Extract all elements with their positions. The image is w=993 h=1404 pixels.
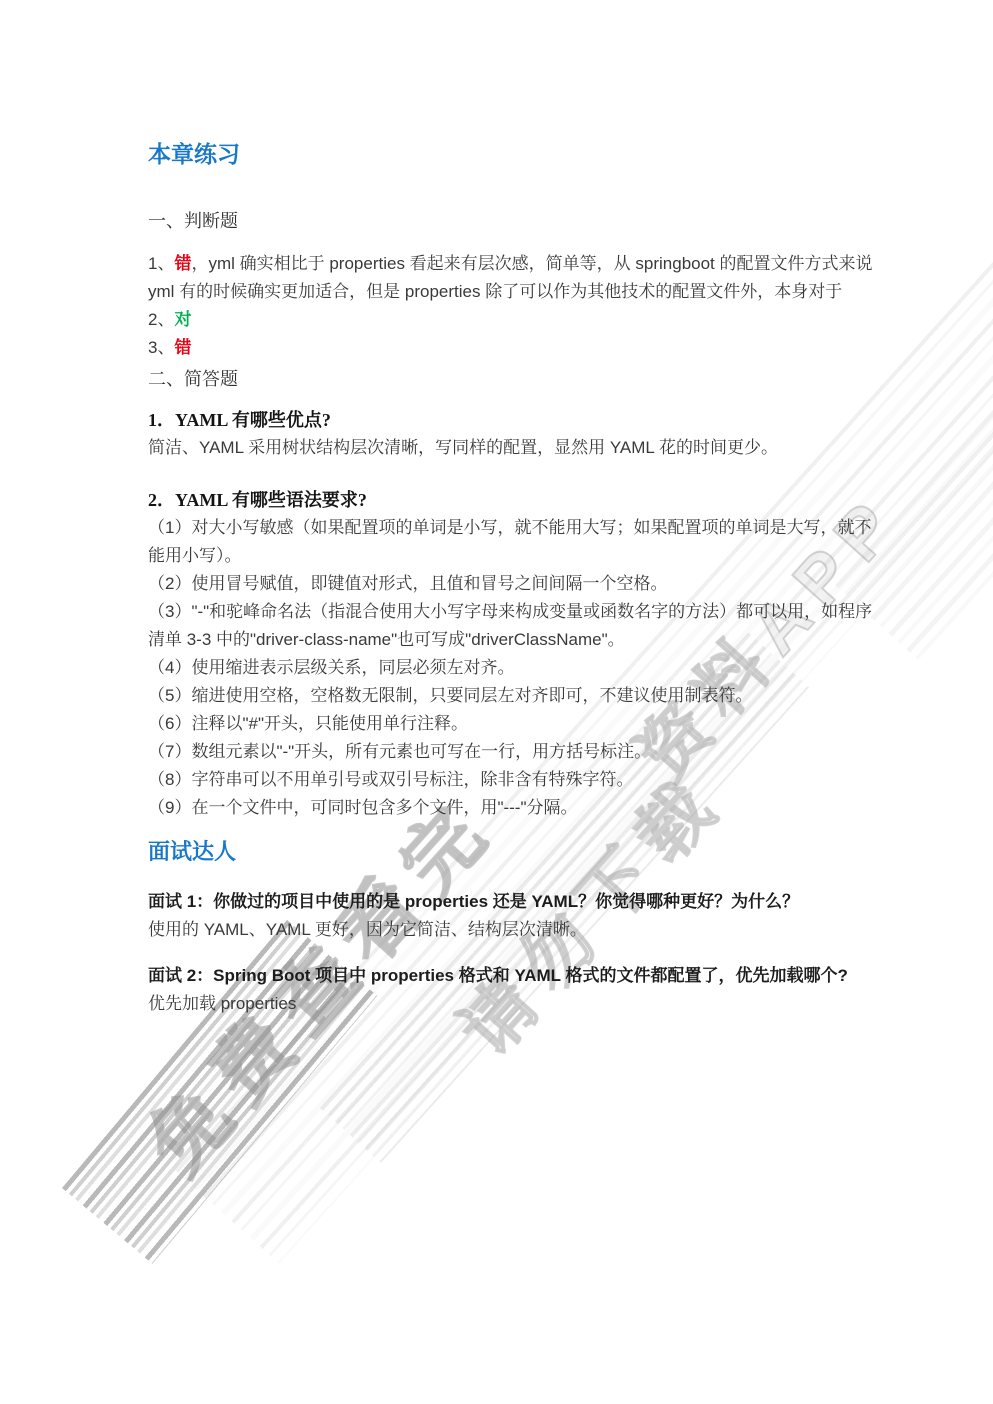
yaml-rule-point-9: （9）在一个文件中，可同时包含多个文件，用"---"分隔。 bbox=[148, 794, 878, 822]
judge-answer-3-number: 3、 bbox=[148, 338, 174, 357]
interview-question-2: 面试 2：Spring Boot 项目中 properties 格式和 YAML… bbox=[148, 962, 878, 990]
yaml-rule-point-8: （8）字符串可以不用单引号或双引号标注，除非含有特殊字符。 bbox=[148, 766, 878, 794]
short-answer-question-2-title: 2．YAML 有哪些语法要求? bbox=[148, 486, 878, 514]
yaml-rule-point-5: （5）缩进使用空格，空格数无限制，只要同层左对齐即可，不建议使用制表符。 bbox=[148, 682, 878, 710]
yaml-rule-point-7: （7）数组元素以"-"开头，所有元素也可写在一行，用方括号标注。 bbox=[148, 738, 878, 766]
yaml-rule-point-4: （4）使用缩进表示层级关系，同层必须左对齐。 bbox=[148, 654, 878, 682]
interview-question-1: 面试 1：你做过的项目中使用的是 properties 还是 YAML？你觉得哪… bbox=[148, 888, 878, 916]
interview-section-heading: 面试达人 bbox=[148, 838, 878, 866]
chapter-exercises-heading: 本章练习 bbox=[148, 140, 878, 168]
yaml-rule-point-2: （2）使用冒号赋值，即键值对形式，且值和冒号之间间隔一个空格。 bbox=[148, 570, 878, 598]
judge-answer-2: 2、对 bbox=[148, 306, 878, 334]
judge-answer-3: 3、错 bbox=[148, 334, 878, 362]
short-answer-question-1-answer: 简洁、YAML 采用树状结构层次清晰，写同样的配置，显然用 YAML 花的时间更… bbox=[148, 434, 878, 462]
judge-answer-1-text: ，yml 确实相比于 properties 看起来有层次感，简单等，从 spri… bbox=[148, 254, 873, 301]
document-page: 本章练习 一、判断题 1、错，yml 确实相比于 properties 看起来有… bbox=[148, 0, 878, 1018]
judge-answer-3-verdict: 错 bbox=[174, 338, 191, 357]
interview-answer-2: 优先加载 properties bbox=[148, 990, 878, 1018]
judge-answer-2-verdict: 对 bbox=[174, 310, 191, 329]
interview-answer-1: 使用的 YAML、YAML 更好，因为它简洁、结构层次清晰。 bbox=[148, 916, 878, 944]
judge-answer-1: 1、错，yml 确实相比于 properties 看起来有层次感，简单等，从 s… bbox=[148, 250, 878, 306]
yaml-rule-point-1: （1）对大小写敏感（如果配置项的单词是小写，就不能用大写；如果配置项的单词是大写… bbox=[148, 514, 878, 570]
yaml-rule-point-3: （3）"-"和驼峰命名法（指混合使用大小写字母来构成变量或函数名字的方法）都可以… bbox=[148, 598, 878, 654]
short-answer-question-1-title: 1．YAML 有哪些优点? bbox=[148, 406, 878, 434]
yaml-rule-point-6: （6）注释以"#"开头，只能使用单行注释。 bbox=[148, 710, 878, 738]
judge-answer-1-verdict: 错 bbox=[174, 254, 191, 273]
short-answer-section-heading: 二、简答题 bbox=[148, 368, 878, 390]
judge-answer-1-number: 1、 bbox=[148, 254, 174, 273]
judge-answer-2-number: 2、 bbox=[148, 310, 174, 329]
judge-section-heading: 一、判断题 bbox=[148, 210, 878, 232]
